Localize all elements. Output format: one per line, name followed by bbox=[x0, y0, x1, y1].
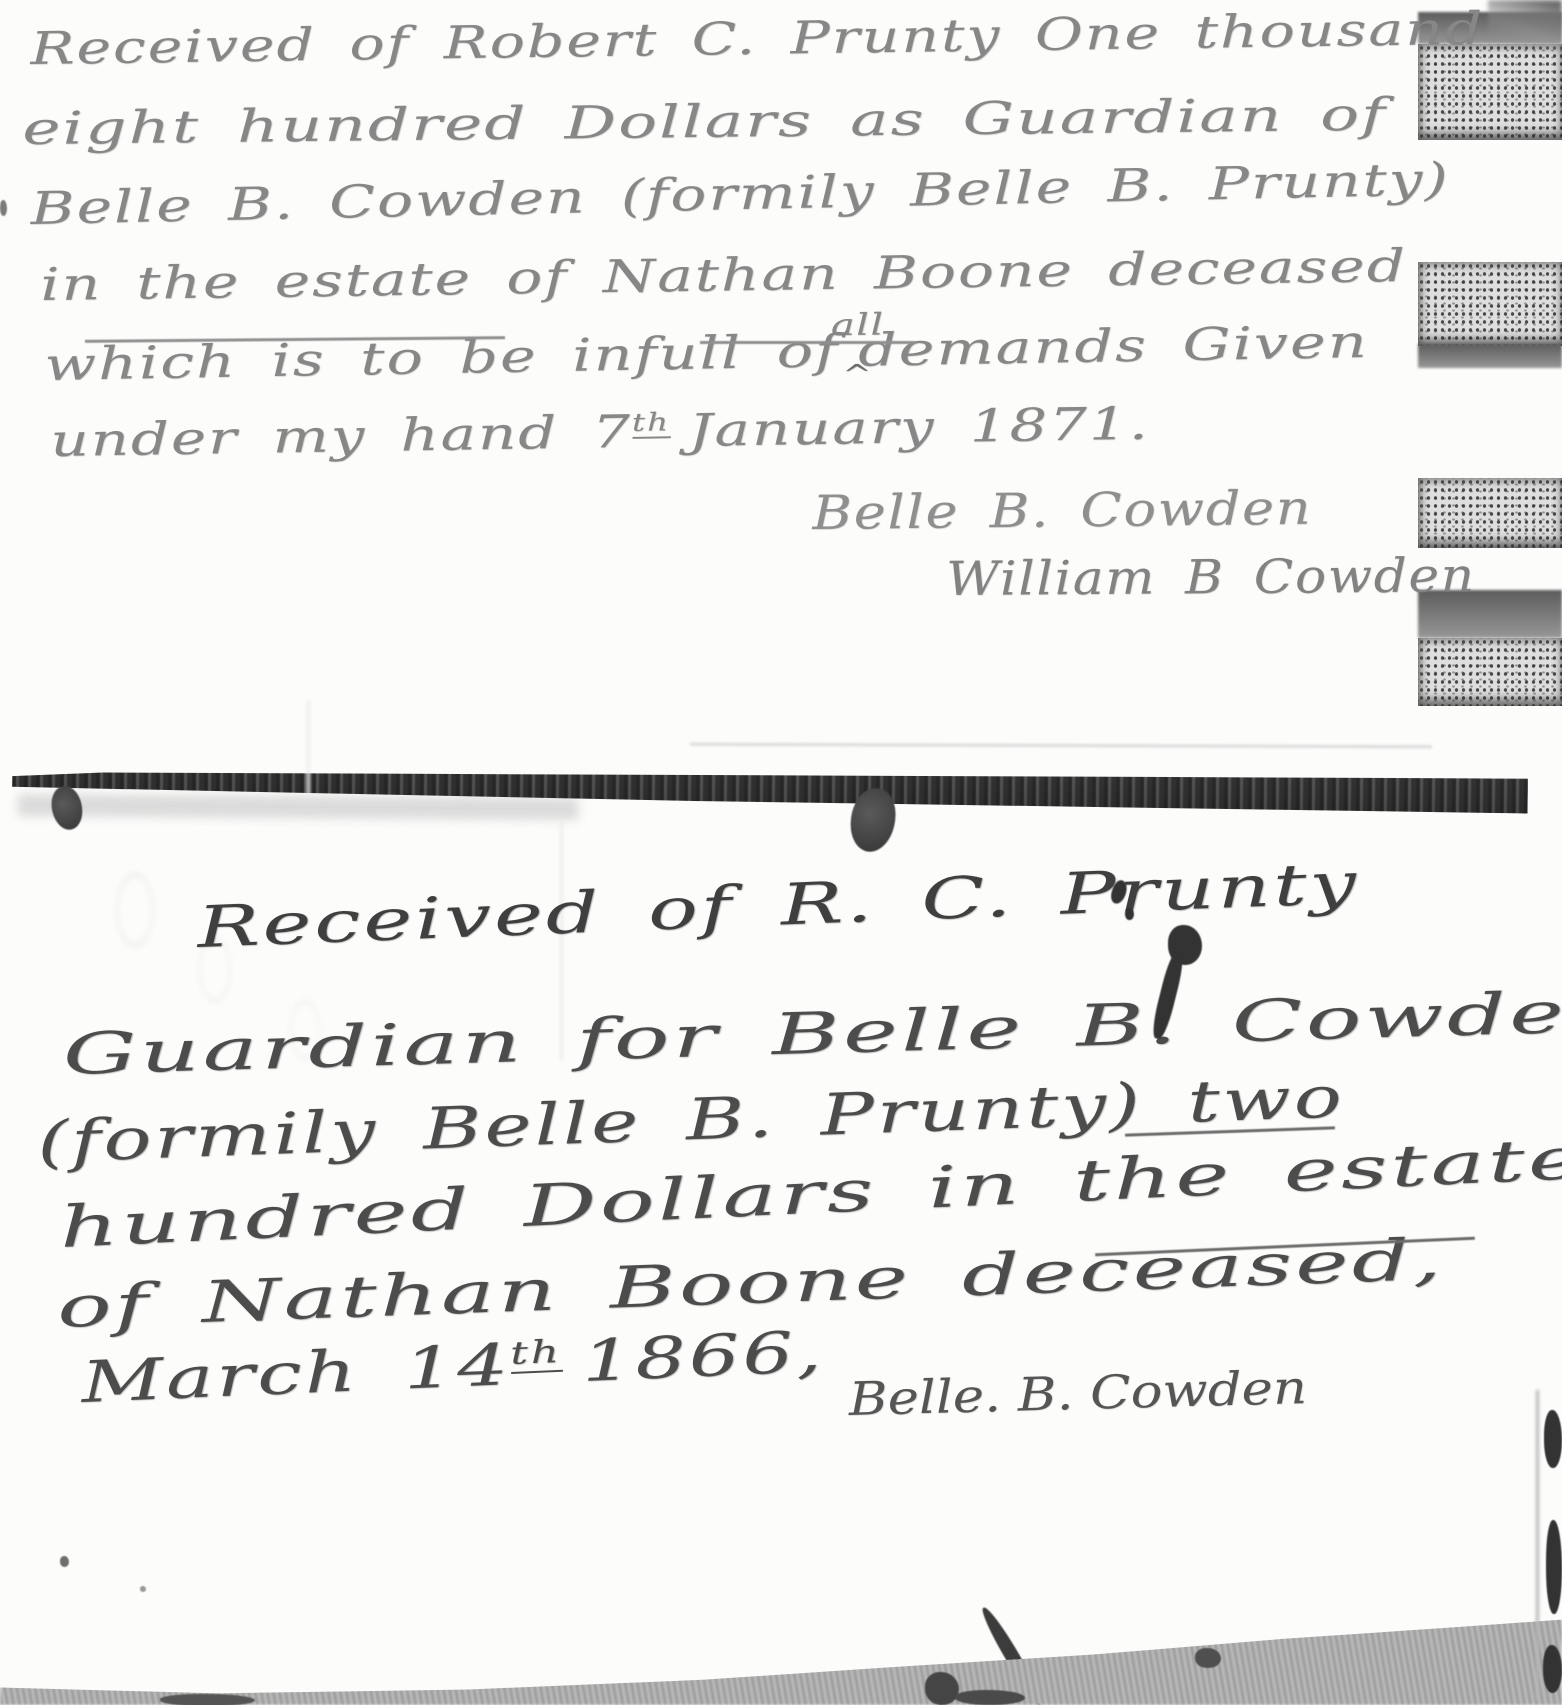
line-text: 1866, bbox=[580, 1319, 825, 1395]
edge-dark-blob bbox=[1195, 1648, 1221, 1668]
filmstrip-halftone-block bbox=[1418, 44, 1562, 140]
filmstrip-halftone-block bbox=[1418, 478, 1562, 548]
edge-dark-blob bbox=[1543, 1645, 1562, 1693]
ordinal-superscript: th bbox=[632, 407, 671, 439]
edge-dark-blob bbox=[925, 1672, 959, 1705]
handwritten-line: in the estate of Nathan Boone deceased bbox=[40, 239, 1407, 311]
scanner-streak bbox=[307, 700, 310, 795]
filmstrip-dark-band bbox=[1418, 344, 1562, 368]
line-text: under my hand 7 bbox=[50, 405, 632, 467]
ordinal-superscript: th bbox=[509, 1334, 562, 1374]
caret-mark: ^ bbox=[842, 360, 874, 391]
filmstrip-halftone-block bbox=[1418, 262, 1562, 346]
signature: Belle B. Cowden bbox=[812, 481, 1313, 541]
ink-spot bbox=[1125, 908, 1134, 920]
handwritten-line: Belle B. Cowden (formily Belle B. Prunty… bbox=[30, 152, 1450, 235]
torn-paper-edge bbox=[0, 1608, 1562, 1705]
edge-dark-blob bbox=[1544, 1410, 1562, 1468]
handwritten-line: under my hand 7thJanuary 1871. bbox=[50, 397, 1150, 467]
page-edge-line bbox=[1536, 1390, 1539, 1700]
paper-speck bbox=[0, 200, 7, 216]
pen-flourish-stroke bbox=[700, 341, 915, 344]
microfilm-edge-strip bbox=[1418, 0, 1562, 768]
line-text: January 1871. bbox=[688, 397, 1150, 457]
inserted-word: all bbox=[831, 307, 885, 343]
signature: Belle. B. Cowden bbox=[848, 1360, 1308, 1426]
line-text: which is to be infull of bbox=[44, 324, 840, 391]
paper-speck bbox=[140, 1586, 146, 1592]
hole-punch-mark bbox=[47, 783, 87, 833]
handwritten-line: eight hundred Dollars as Guardian of bbox=[22, 88, 1387, 155]
edge-dark-blob bbox=[160, 1694, 255, 1705]
edge-dark-blob bbox=[1546, 1520, 1562, 1614]
paper-edge-line bbox=[690, 743, 1432, 749]
scanned-document-page: Received of Robert C. Prunty One thousan… bbox=[0, 0, 1562, 1705]
handwritten-line: which is to be infull ofall^demands Give… bbox=[44, 315, 1369, 391]
signature: William B Cowden bbox=[946, 548, 1476, 607]
line-text: demands Given bbox=[858, 315, 1369, 377]
scan-band-shadow bbox=[18, 794, 578, 820]
handwritten-line: Received of Robert C. Prunty One thousan… bbox=[30, 2, 1485, 75]
line-text: March 14 bbox=[80, 1332, 512, 1416]
paper-speck bbox=[60, 1556, 69, 1567]
edge-dark-blob bbox=[955, 1690, 1025, 1705]
filmstrip-halftone-block bbox=[1418, 638, 1562, 706]
scan-corner-shadow bbox=[1488, 0, 1562, 52]
